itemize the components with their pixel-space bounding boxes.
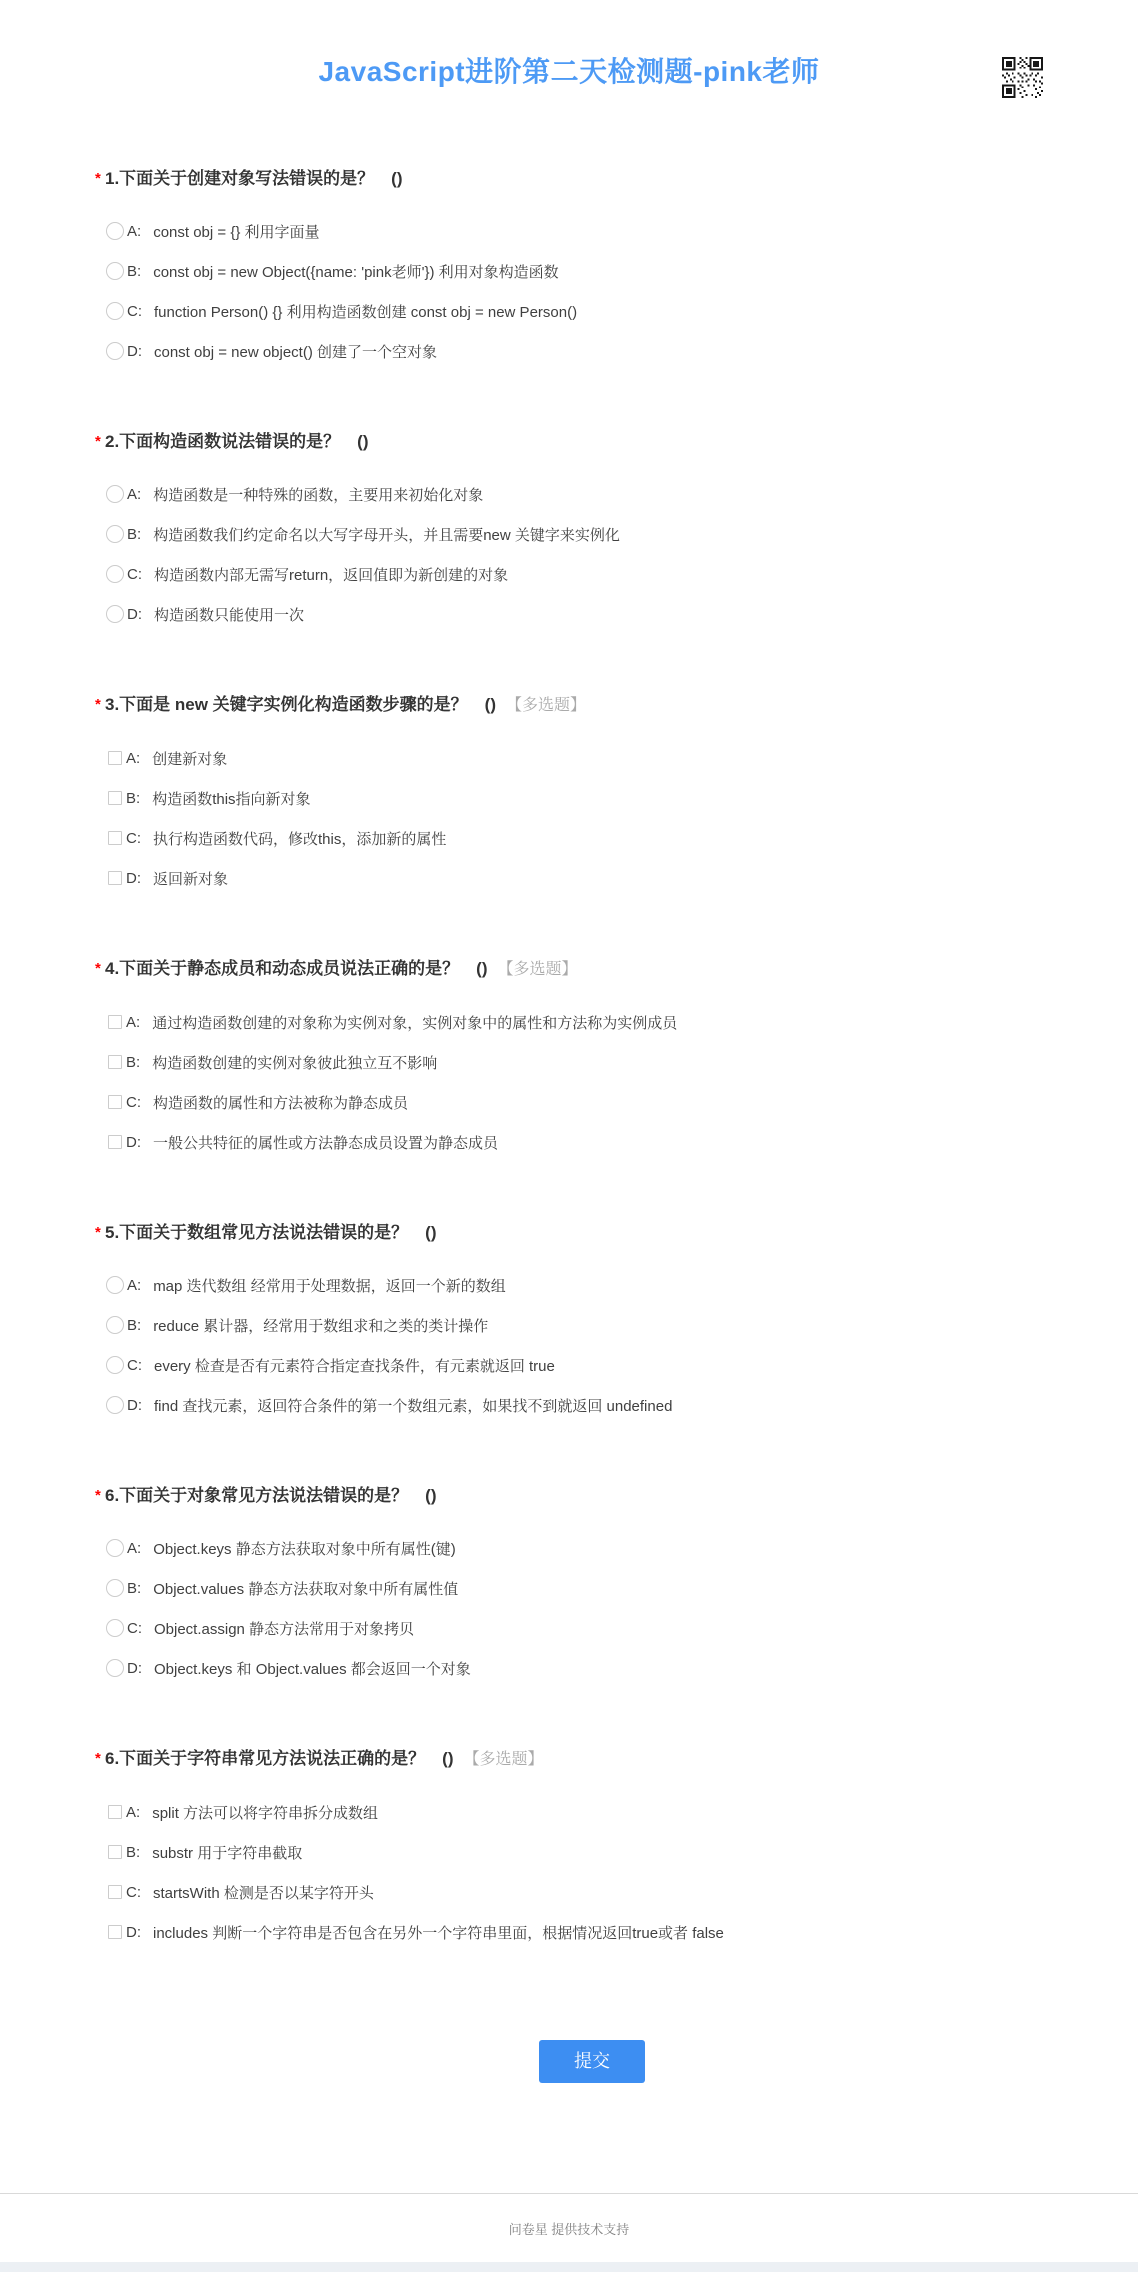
options-list: A:创建新对象 B:构造函数this指向新对象 C:执行构造函数代码，修改thi…: [106, 738, 1078, 898]
option-row[interactable]: C:every 检查是否有元素符合指定查找条件，有元素就返回 true: [106, 1345, 1078, 1385]
survey-form: *1.下面关于创建对象写法错误的是？ () A:const obj = {} 利…: [106, 92, 1078, 2083]
option-text: function Person() {} 利用构造函数创建 const obj …: [154, 301, 577, 322]
option-row[interactable]: B:构造函数我们约定命名以大写字母开头，并且需要new 关键字来实例化: [106, 514, 1078, 554]
option-text: 构造函数内部无需写return，返回值即为新创建的对象: [154, 564, 508, 585]
radio-button[interactable]: [106, 1579, 124, 1597]
option-row[interactable]: B:const obj = new Object({name: 'pink老师'…: [106, 251, 1078, 291]
checkbox[interactable]: [108, 751, 122, 765]
question-3: *3.下面是 new 关键字实例化构造函数步骤的是？ ()【多选题】 A:创建新…: [106, 694, 1078, 898]
option-letter: A:: [127, 1277, 141, 1294]
question-title-text: 2.下面构造函数说法错误的是？ (): [105, 432, 369, 451]
option-text: const obj = new Object({name: 'pink老师'})…: [153, 261, 558, 282]
options-list: A:split 方法可以将字符串拆分成数组 B:substr 用于字符串截取 C…: [106, 1792, 1078, 1952]
option-row[interactable]: C:构造函数内部无需写return，返回值即为新创建的对象: [106, 554, 1078, 594]
question-title: *5.下面关于数组常见方法说法错误的是？ (): [106, 1222, 1078, 1244]
option-text: const obj = new object() 创建了一个空对象: [154, 341, 437, 362]
option-letter: D:: [126, 1924, 141, 1941]
option-letter: C:: [126, 830, 141, 847]
required-asterisk: *: [95, 958, 105, 980]
option-row[interactable]: D:includes 判断一个字符串是否包含在另外一个字符串里面，根据情况返回t…: [106, 1912, 1078, 1952]
option-text: reduce 累计器，经常用于数组求和之类的类计操作: [153, 1315, 488, 1336]
option-letter: A:: [127, 486, 141, 503]
question-title-text: 4.下面关于静态成员和动态成员说法正确的是？ (): [105, 959, 488, 978]
option-text: split 方法可以将字符串拆分成数组: [152, 1802, 378, 1823]
option-letter: D:: [126, 870, 141, 887]
option-letter: B:: [127, 526, 141, 543]
option-letter: A:: [126, 1014, 140, 1031]
option-row[interactable]: C:startsWith 检测是否以某字符开头: [106, 1872, 1078, 1912]
option-row[interactable]: B:reduce 累计器，经常用于数组求和之类的类计操作: [106, 1305, 1078, 1345]
checkbox[interactable]: [108, 1135, 122, 1149]
option-letter: C:: [127, 1357, 142, 1374]
footer-text: 问卷星 提供技术支持: [509, 2219, 630, 2238]
option-row[interactable]: D:返回新对象: [106, 858, 1078, 898]
option-row[interactable]: A:构造函数是一种特殊的函数，主要用来初始化对象: [106, 474, 1078, 514]
option-text: Object.keys 静态方法获取对象中所有属性(键): [153, 1538, 456, 1559]
required-asterisk: *: [95, 431, 105, 453]
option-text: 构造函数是一种特殊的函数，主要用来初始化对象: [153, 484, 483, 505]
radio-button[interactable]: [106, 222, 124, 240]
bottom-band: [0, 2262, 1138, 2272]
option-text: 构造函数的属性和方法被称为静态成员: [153, 1092, 408, 1113]
checkbox[interactable]: [108, 871, 122, 885]
question-7: *6.下面关于字符串常见方法说法正确的是？ ()【多选题】 A:split 方法…: [106, 1748, 1078, 1952]
option-text: Object.assign 静态方法常用于对象拷贝: [154, 1618, 414, 1639]
radio-button[interactable]: [106, 1396, 124, 1414]
option-row[interactable]: D:构造函数只能使用一次: [106, 594, 1078, 634]
options-list: A:通过构造函数创建的对象称为实例对象，实例对象中的属性和方法称为实例成员 B:…: [106, 1002, 1078, 1162]
required-asterisk: *: [95, 168, 105, 190]
required-asterisk: *: [95, 694, 105, 716]
option-row[interactable]: D:find 查找元素，返回符合条件的第一个数组元素，如果找不到就返回 unde…: [106, 1385, 1078, 1425]
option-row[interactable]: A:Object.keys 静态方法获取对象中所有属性(键): [106, 1528, 1078, 1568]
option-text: Object.keys 和 Object.values 都会返回一个对象: [154, 1658, 471, 1679]
radio-button[interactable]: [106, 525, 124, 543]
option-text: 构造函数只能使用一次: [154, 604, 304, 625]
option-text: 构造函数我们约定命名以大写字母开头，并且需要new 关键字来实例化: [153, 524, 620, 545]
option-row[interactable]: A:创建新对象: [106, 738, 1078, 778]
option-row[interactable]: D:Object.keys 和 Object.values 都会返回一个对象: [106, 1648, 1078, 1688]
option-row[interactable]: C:构造函数的属性和方法被称为静态成员: [106, 1082, 1078, 1122]
option-letter: B:: [126, 1844, 140, 1861]
submit-area: 提交: [106, 2040, 1078, 2083]
question-title-text: 6.下面关于字符串常见方法说法正确的是？ (): [105, 1749, 454, 1768]
question-title-text: 3.下面是 new 关键字实例化构造函数步骤的是？ (): [105, 695, 496, 714]
submit-button[interactable]: 提交: [539, 2040, 645, 2083]
option-letter: C:: [127, 303, 142, 320]
qr-code-icon: [1002, 57, 1043, 98]
question-title: *1.下面关于创建对象写法错误的是？ (): [106, 168, 1078, 190]
option-text: 返回新对象: [153, 868, 228, 889]
radio-button[interactable]: [106, 485, 124, 503]
radio-button[interactable]: [106, 605, 124, 623]
option-text: startsWith 检测是否以某字符开头: [153, 1882, 374, 1903]
radio-button[interactable]: [106, 1539, 124, 1557]
option-letter: A:: [126, 750, 140, 767]
option-letter: D:: [126, 1134, 141, 1151]
option-text: includes 判断一个字符串是否包含在另外一个字符串里面，根据情况返回tru…: [153, 1922, 724, 1943]
survey-header: JavaScript进阶第二天检测题-pink老师: [0, 0, 1138, 92]
question-2: *2.下面构造函数说法错误的是？ () A:构造函数是一种特殊的函数，主要用来初…: [106, 431, 1078, 634]
option-letter: D:: [127, 1397, 142, 1414]
option-text: const obj = {} 利用字面量: [153, 221, 319, 242]
page-footer: 问卷星 提供技术支持: [0, 2193, 1138, 2262]
option-row[interactable]: D:const obj = new object() 创建了一个空对象: [106, 331, 1078, 371]
checkbox[interactable]: [108, 1095, 122, 1109]
option-row[interactable]: C:function Person() {} 利用构造函数创建 const ob…: [106, 291, 1078, 331]
option-text: 一般公共特征的属性或方法静态成员设置为静态成员: [153, 1132, 498, 1153]
option-row[interactable]: C:执行构造函数代码，修改this，添加新的属性: [106, 818, 1078, 858]
option-text: every 检查是否有元素符合指定查找条件，有元素就返回 true: [154, 1355, 555, 1376]
radio-button[interactable]: [106, 1356, 124, 1374]
option-row[interactable]: A:const obj = {} 利用字面量: [106, 211, 1078, 251]
option-text: find 查找元素，返回符合条件的第一个数组元素，如果找不到就返回 undefi…: [154, 1395, 672, 1416]
page-title: JavaScript进阶第二天检测题-pink老师: [0, 52, 1138, 92]
options-list: A:const obj = {} 利用字面量 B:const obj = new…: [106, 211, 1078, 371]
question-title: *4.下面关于静态成员和动态成员说法正确的是？ ()【多选题】: [106, 958, 1078, 981]
option-letter: A:: [126, 1804, 140, 1821]
option-letter: B:: [127, 263, 141, 280]
radio-button[interactable]: [106, 565, 124, 583]
option-row[interactable]: D:一般公共特征的属性或方法静态成员设置为静态成员: [106, 1122, 1078, 1162]
question-1: *1.下面关于创建对象写法错误的是？ () A:const obj = {} 利…: [106, 168, 1078, 371]
option-text: Object.values 静态方法获取对象中所有属性值: [153, 1578, 458, 1599]
option-letter: C:: [126, 1094, 141, 1111]
checkbox[interactable]: [108, 1925, 122, 1939]
question-title: *3.下面是 new 关键字实例化构造函数步骤的是？ ()【多选题】: [106, 694, 1078, 717]
option-text: map 迭代数组 经常用于处理数据，返回一个新的数组: [153, 1275, 506, 1296]
option-letter: C:: [127, 566, 142, 583]
option-row[interactable]: C:Object.assign 静态方法常用于对象拷贝: [106, 1608, 1078, 1648]
radio-button[interactable]: [106, 342, 124, 360]
option-letter: A:: [127, 1540, 141, 1557]
required-asterisk: *: [95, 1222, 105, 1244]
option-row[interactable]: A:map 迭代数组 经常用于处理数据，返回一个新的数组: [106, 1265, 1078, 1305]
checkbox[interactable]: [108, 1015, 122, 1029]
option-letter: D:: [127, 343, 142, 360]
checkbox[interactable]: [108, 1805, 122, 1819]
option-text: substr 用于字符串截取: [152, 1842, 302, 1863]
multi-select-tag: 【多选题】: [498, 961, 578, 978]
checkbox[interactable]: [108, 1055, 122, 1069]
multi-select-tag: 【多选题】: [464, 1751, 544, 1768]
question-title-text: 5.下面关于数组常见方法说法错误的是？ (): [105, 1223, 437, 1242]
radio-button[interactable]: [106, 1316, 124, 1334]
options-list: A:构造函数是一种特殊的函数，主要用来初始化对象 B:构造函数我们约定命名以大写…: [106, 474, 1078, 634]
checkbox[interactable]: [108, 791, 122, 805]
options-list: A:map 迭代数组 经常用于处理数据，返回一个新的数组 B:reduce 累计…: [106, 1265, 1078, 1425]
question-title-text: 6.下面关于对象常见方法说法错误的是？ (): [105, 1486, 437, 1505]
question-title: *6.下面关于对象常见方法说法错误的是？ (): [106, 1485, 1078, 1507]
option-row[interactable]: B:Object.values 静态方法获取对象中所有属性值: [106, 1568, 1078, 1608]
required-asterisk: *: [95, 1485, 105, 1507]
option-letter: D:: [127, 1660, 142, 1677]
option-letter: A:: [127, 223, 141, 240]
checkbox[interactable]: [108, 831, 122, 845]
option-row[interactable]: B:构造函数创建的实例对象彼此独立互不影响: [106, 1042, 1078, 1082]
question-4: *4.下面关于静态成员和动态成员说法正确的是？ ()【多选题】 A:通过构造函数…: [106, 958, 1078, 1162]
option-text: 创建新对象: [152, 748, 227, 769]
question-title-text: 1.下面关于创建对象写法错误的是？ (): [105, 169, 403, 188]
checkbox[interactable]: [108, 1845, 122, 1859]
option-letter: B:: [127, 1580, 141, 1597]
question-6: *6.下面关于对象常见方法说法错误的是？ () A:Object.keys 静态…: [106, 1485, 1078, 1688]
option-letter: B:: [126, 1054, 140, 1071]
option-text: 构造函数创建的实例对象彼此独立互不影响: [152, 1052, 437, 1073]
option-text: 构造函数this指向新对象: [152, 788, 310, 809]
options-list: A:Object.keys 静态方法获取对象中所有属性(键) B:Object.…: [106, 1528, 1078, 1688]
option-row[interactable]: B:构造函数this指向新对象: [106, 778, 1078, 818]
radio-button[interactable]: [106, 1276, 124, 1294]
multi-select-tag: 【多选题】: [506, 697, 586, 714]
question-title: *6.下面关于字符串常见方法说法正确的是？ ()【多选题】: [106, 1748, 1078, 1771]
radio-button[interactable]: [106, 262, 124, 280]
option-row[interactable]: A:通过构造函数创建的对象称为实例对象，实例对象中的属性和方法称为实例成员: [106, 1002, 1078, 1042]
survey-page: JavaScript进阶第二天检测题-pink老师 *1.下面关于创建对象写法错…: [0, 0, 1138, 2272]
radio-button[interactable]: [106, 1659, 124, 1677]
option-text: 通过构造函数创建的对象称为实例对象，实例对象中的属性和方法称为实例成员: [152, 1012, 677, 1033]
option-letter: C:: [127, 1620, 142, 1637]
option-letter: B:: [127, 1317, 141, 1334]
option-letter: C:: [126, 1884, 141, 1901]
question-5: *5.下面关于数组常见方法说法错误的是？ () A:map 迭代数组 经常用于处…: [106, 1222, 1078, 1425]
checkbox[interactable]: [108, 1885, 122, 1899]
option-letter: B:: [126, 790, 140, 807]
radio-button[interactable]: [106, 302, 124, 320]
option-text: 执行构造函数代码，修改this，添加新的属性: [153, 828, 446, 849]
required-asterisk: *: [95, 1748, 105, 1770]
option-row[interactable]: B:substr 用于字符串截取: [106, 1832, 1078, 1872]
option-row[interactable]: A:split 方法可以将字符串拆分成数组: [106, 1792, 1078, 1832]
radio-button[interactable]: [106, 1619, 124, 1637]
question-title: *2.下面构造函数说法错误的是？ (): [106, 431, 1078, 453]
option-letter: D:: [127, 606, 142, 623]
